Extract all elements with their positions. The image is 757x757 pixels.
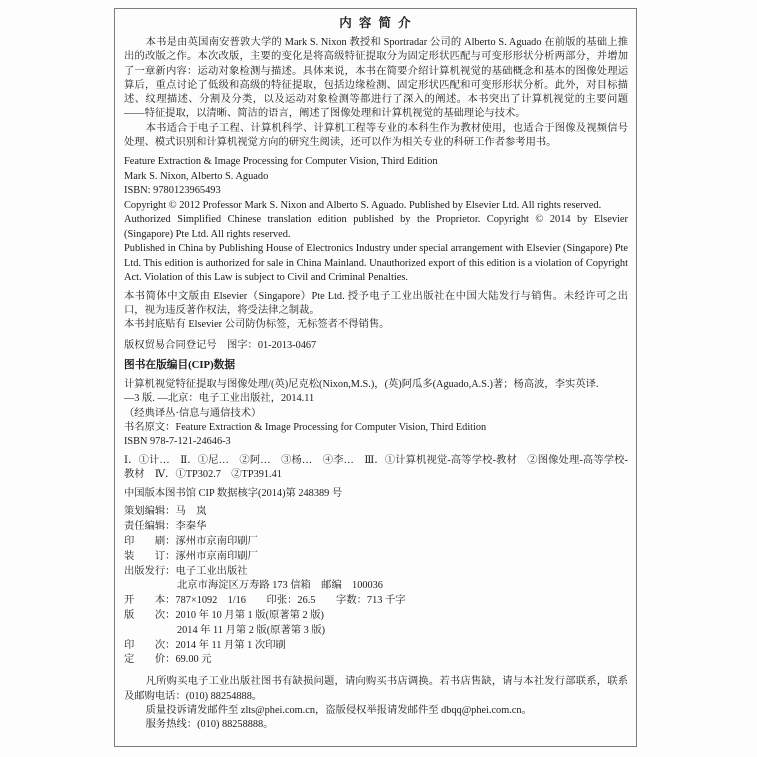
binder-row: 装 订：涿州市京南印刷厂 (124, 550, 628, 565)
printer-row: 印 刷：涿州市京南印刷厂 (124, 535, 628, 550)
cip-heading: 图书在版编目(CIP)数据 (124, 358, 628, 373)
copyright-notice-2012: Copyright © 2012 Professor Mark S. Nixon… (124, 199, 628, 214)
cip-isbn-line: ISBN 978-7-121-24646-3 (124, 435, 628, 449)
published-in-china-notice: Published in China by Publishing House o… (124, 242, 628, 286)
edition-row-2: 2014 年 11 月第 2 版(原著第 3 版) (124, 624, 628, 639)
cip-classification: Ⅰ．①计… Ⅱ．①尼… ②阿… ③杨… ④李… Ⅲ．①计算机视觉-高等学校-教材… (124, 454, 628, 483)
publisher-row: 出版发行：电子工业出版社 (124, 565, 628, 580)
planning-editor-row: 策划编辑：马 岚 (124, 505, 628, 520)
responsible-editor-row: 责任编辑：李秦华 (124, 520, 628, 535)
page-frame: 内 容 简 介 本书是由英国南安普敦大学的 Mark S. Nixon 教授和 … (114, 8, 637, 747)
book-colophon-page: 内 容 简 介 本书是由英国南安普敦大学的 Mark S. Nixon 教授和 … (0, 0, 757, 757)
service-notes-block: 凡所购买电子工业出版社图书有缺损问题，请向购买书店调换。若书店售缺，请与本社发行… (124, 675, 628, 732)
publication-info-block: 策划编辑：马 岚 责任编辑：李秦华 印 刷：涿州市京南印刷厂 装 订：涿州市京南… (124, 505, 628, 668)
copyright-registration-number: 版权贸易合同登记号 图字：01-2013-0467 (124, 339, 628, 353)
original-isbn-line: ISBN: 9780123965493 (124, 184, 628, 199)
cip-record-number: 中国版本图书馆 CIP 数据核字(2014)第 248389 号 (124, 487, 628, 501)
edition-row: 版 次：2010 年 10 月第 1 版(原著第 2 版) (124, 609, 628, 624)
anti-counterfeit-label-notice: 本书封底贴有 Elsevier 公司防伪标签，无标签者不得销售。 (124, 318, 628, 332)
cip-edition-line: —3 版. —北京：电子工业出版社，2014.11 (124, 392, 628, 406)
format-row: 开 本：787×1092 1/16 印张：26.5 字数：713 千字 (124, 594, 628, 609)
service-hotline-note: 服务热线：(010) 88258888。 (124, 718, 628, 732)
complaint-email-note: 质量投诉请发邮件至 zlts@phei.com.cn，盗版侵权举报请发邮件至 d… (124, 704, 628, 718)
simplified-chinese-rights: 本书简体中文版由 Elsevier（Singapore）Pte Ltd. 授予电… (124, 290, 628, 319)
section-title-content-summary: 内 容 简 介 (124, 15, 628, 31)
english-copyright-block: Feature Extraction & Image Processing fo… (124, 155, 628, 286)
cip-series-line: （经典译丛·信息与通信技术） (124, 407, 628, 421)
publisher-address-row: 北京市海淀区万寿路 173 信箱 邮编 100036 (124, 579, 628, 594)
chinese-rights-block: 本书简体中文版由 Elsevier（Singapore）Pte Ltd. 授予电… (124, 290, 628, 333)
original-title-line: Feature Extraction & Image Processing fo… (124, 155, 628, 170)
price-row: 定 价：69.00 元 (124, 653, 628, 668)
intro-paragraph-1: 本书是由英国南安普敦大学的 Mark S. Nixon 教授和 Sportrad… (124, 36, 628, 122)
cip-original-title-line: 书名原文：Feature Extraction & Image Processi… (124, 421, 628, 435)
intro-paragraph-2: 本书适合于电子工程、计算机科学、计算机工程等专业的本科生作为教材使用，也适合于图… (124, 122, 628, 151)
authorized-translation-notice: Authorized Simplified Chinese translatio… (124, 213, 628, 242)
cip-title-line: 计算机视觉特征提取与图像处理/(英)尼克松(Nixon,M.S.)，(英)阿瓜多… (124, 378, 628, 392)
exchange-policy-note: 凡所购买电子工业出版社图书有缺损问题，请向购买书店调换。若书店售缺，请与本社发行… (124, 675, 628, 704)
original-authors-line: Mark S. Nixon, Alberto S. Aguado (124, 170, 628, 185)
cip-block: 图书在版编目(CIP)数据 计算机视觉特征提取与图像处理/(英)尼克松(Nixo… (124, 358, 628, 501)
printing-row: 印 次：2014 年 11 月第 1 次印刷 (124, 639, 628, 654)
